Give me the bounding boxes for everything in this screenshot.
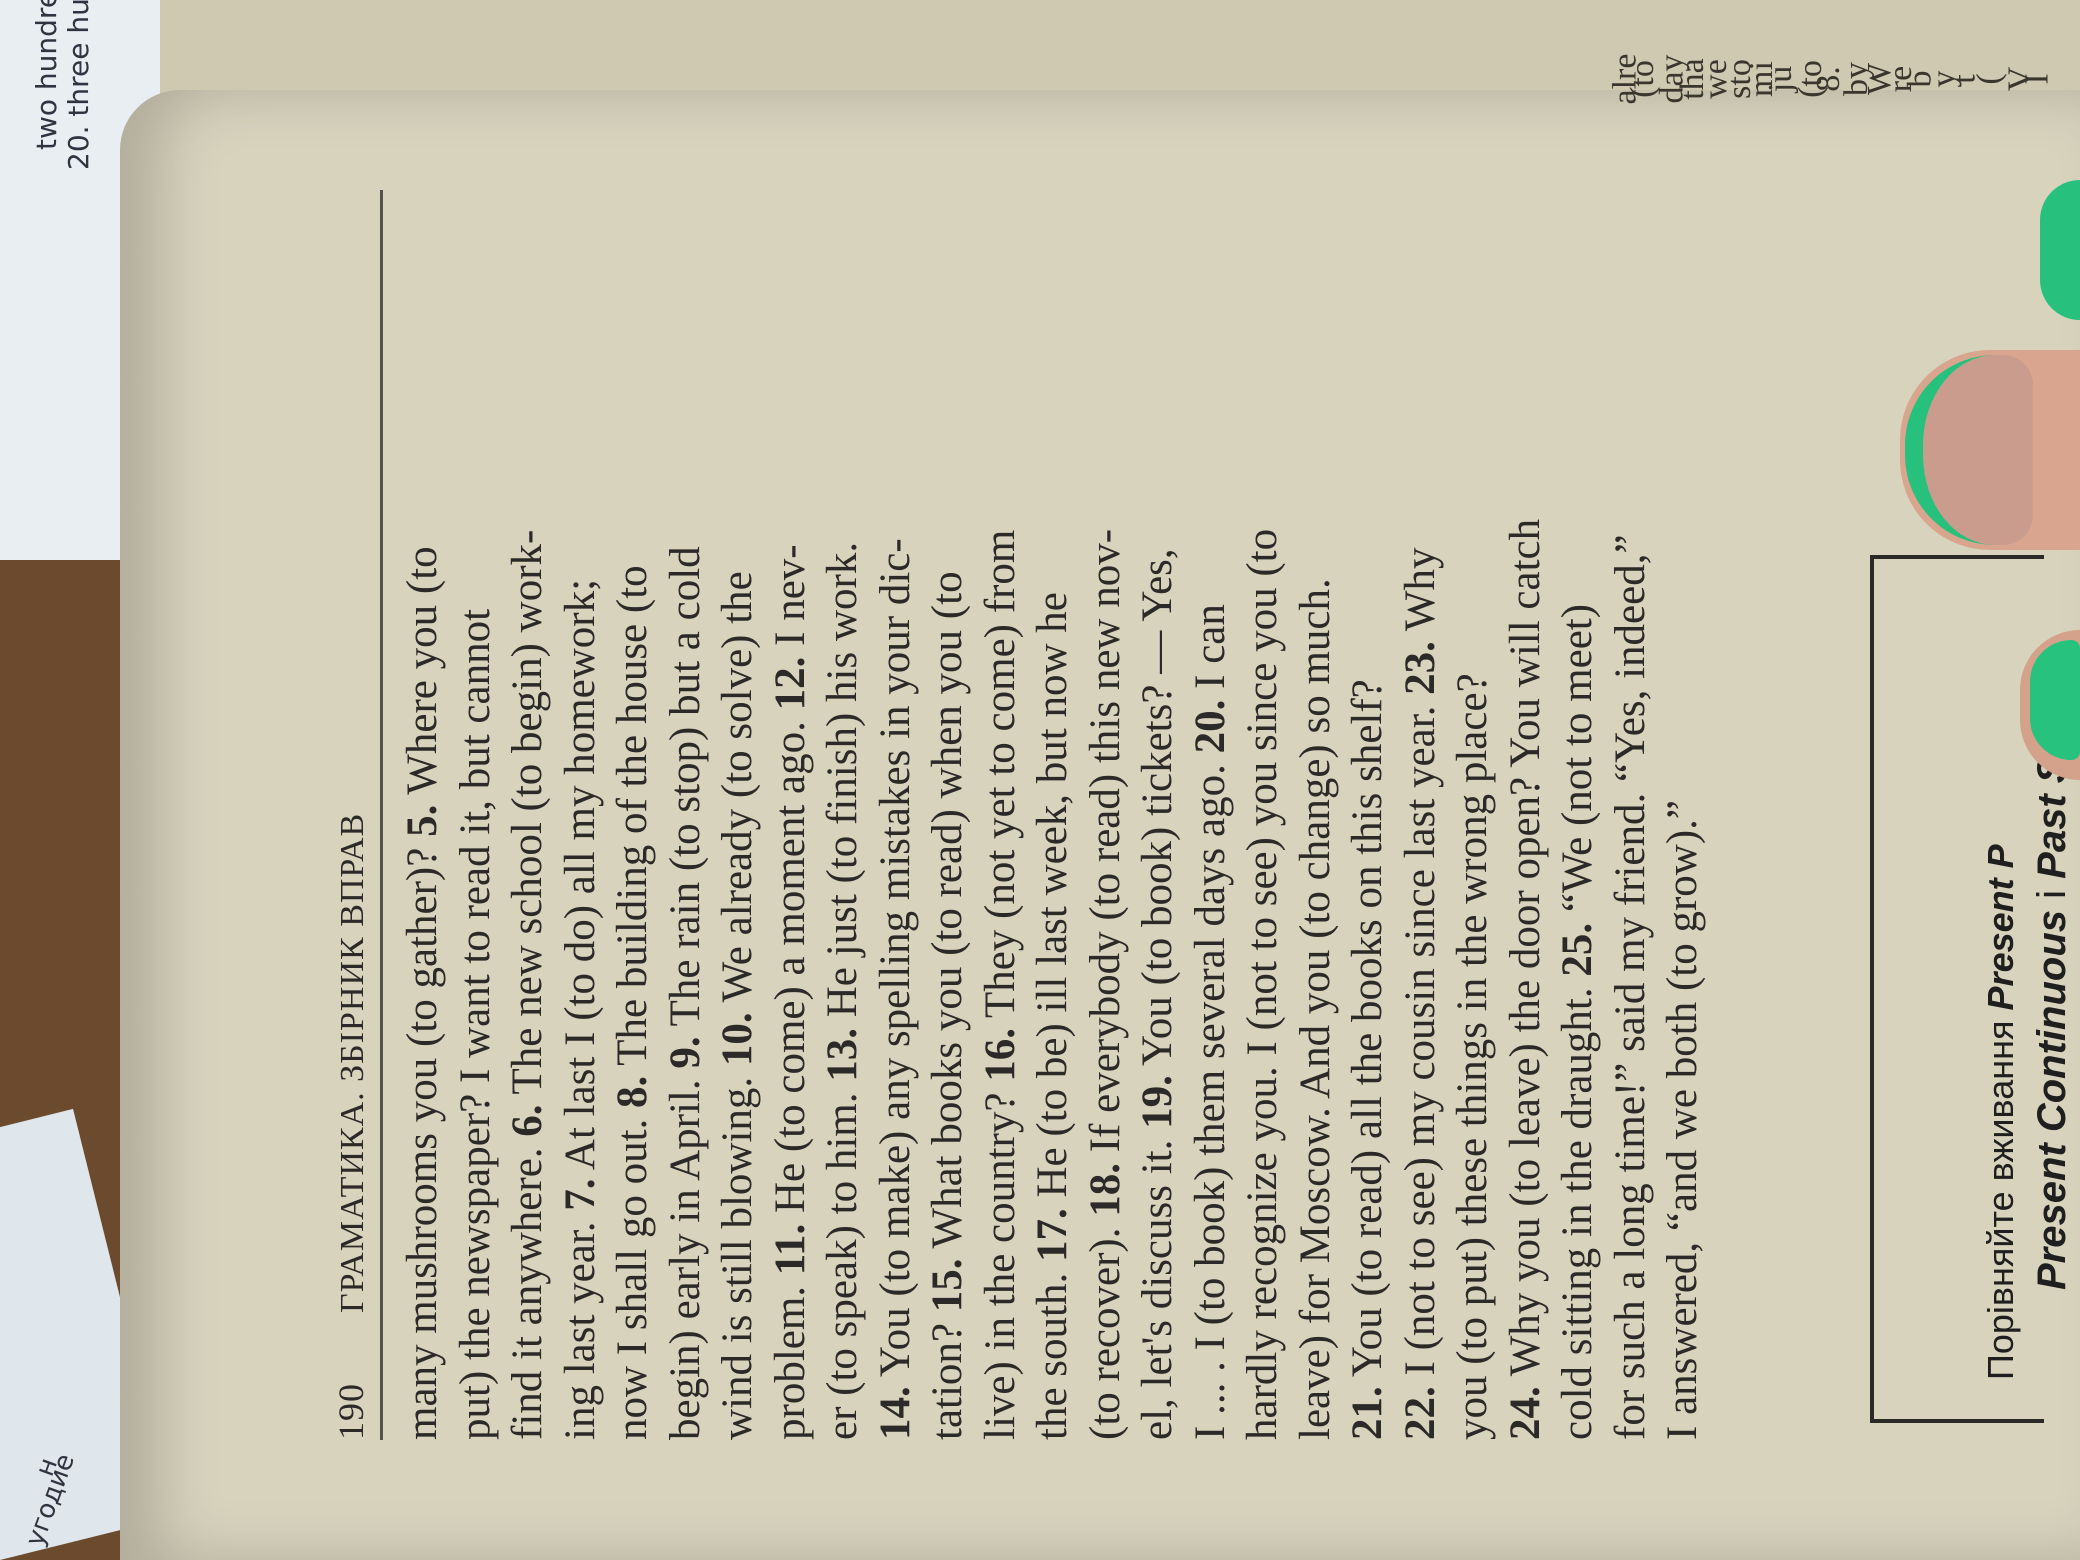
section-title: ГРАМАТИКА. ЗБІРНИК ВПРАВ: [334, 813, 372, 1313]
text-line: you (to put) these things in the wrong p…: [1447, 140, 1500, 1440]
info-box-line-1: Порівняйте вживання Present P: [1980, 757, 2022, 1380]
text-line: begin) early in April. 9. The rain (to s…: [660, 140, 713, 1440]
text-line: I ... . I (to book) them several days ag…: [1185, 140, 1238, 1440]
fragment-text: 20. three hun: [62, 0, 95, 170]
text-line: for such a long time!” said my friend. “…: [1605, 140, 1658, 1440]
fingernail: [2030, 640, 2080, 760]
text-line: 22. I (not to see) my cousin since last …: [1395, 140, 1448, 1440]
text-line: put) the newspaper? I want to read it, b…: [450, 140, 503, 1440]
photo-scene: two hundre 20. three hun н угодие alre(t…: [0, 0, 2080, 1560]
fingernail: [2040, 180, 2080, 320]
text-line: now I shall go out. 8. The building of t…: [607, 140, 660, 1440]
text-line: many mushrooms you (to gather)? 5. Where…: [397, 140, 450, 1440]
text-line: the south. 17. He (to be) ill last week,…: [1027, 140, 1080, 1440]
text-line: ing last year. 7. At last I (to do) all …: [555, 140, 608, 1440]
text-line: problem. 11. He (to come) a moment ago. …: [765, 140, 818, 1440]
text-line: 24. Why you (to leave) the door open? Yo…: [1500, 140, 1553, 1440]
fragment-text: I: [2019, 73, 2057, 84]
text-line: er (to speak) to him. 13. He just (to fi…: [817, 140, 870, 1440]
header-rule: [380, 190, 383, 1440]
text-line: cold sitting in the draught. 25. “We (no…: [1552, 140, 1605, 1440]
fragment-text: two hundre: [30, 0, 63, 150]
text-line: leave) for Moscow. And you (to change) s…: [1290, 140, 1343, 1440]
page-number: 190: [330, 1383, 372, 1440]
text-line: find it anywhere. 6. The new school (to …: [502, 140, 555, 1440]
page-content: 190 ГРАМАТИКА. ЗБІРНИК ВПРАВ many mushro…: [330, 140, 1710, 1440]
running-header: 190 ГРАМАТИКА. ЗБІРНИК ВПРАВ: [330, 140, 372, 1440]
info-box-line-2: Present Continuous і Past S: [2030, 757, 2075, 1290]
text-line: wind is still blowing. 10. We already (t…: [712, 140, 765, 1440]
info-box-text: Порівняйте вживання Present P Present Co…: [1980, 757, 2075, 1380]
text-line: el, let's discuss it. 19. You (to book) …: [1132, 140, 1185, 1440]
text-line: live) in the country? 16. They (not yet …: [975, 140, 1028, 1440]
text-line: tation? 15. What books you (to read) whe…: [922, 140, 975, 1440]
text-line: I answered, “and we both (to grow).”: [1657, 140, 1710, 1440]
text-line: hardly recognize you. I (not to see) you…: [1237, 140, 1290, 1440]
text-line: 21. You (to read) all the books on this …: [1342, 140, 1395, 1440]
text-line: (to recover). 18. If everybody (to read)…: [1080, 140, 1133, 1440]
text-line: 14. You (to make) any spelling mistakes …: [870, 140, 923, 1440]
exercise-text: many mushrooms you (to gather)? 5. Where…: [397, 140, 1710, 1440]
